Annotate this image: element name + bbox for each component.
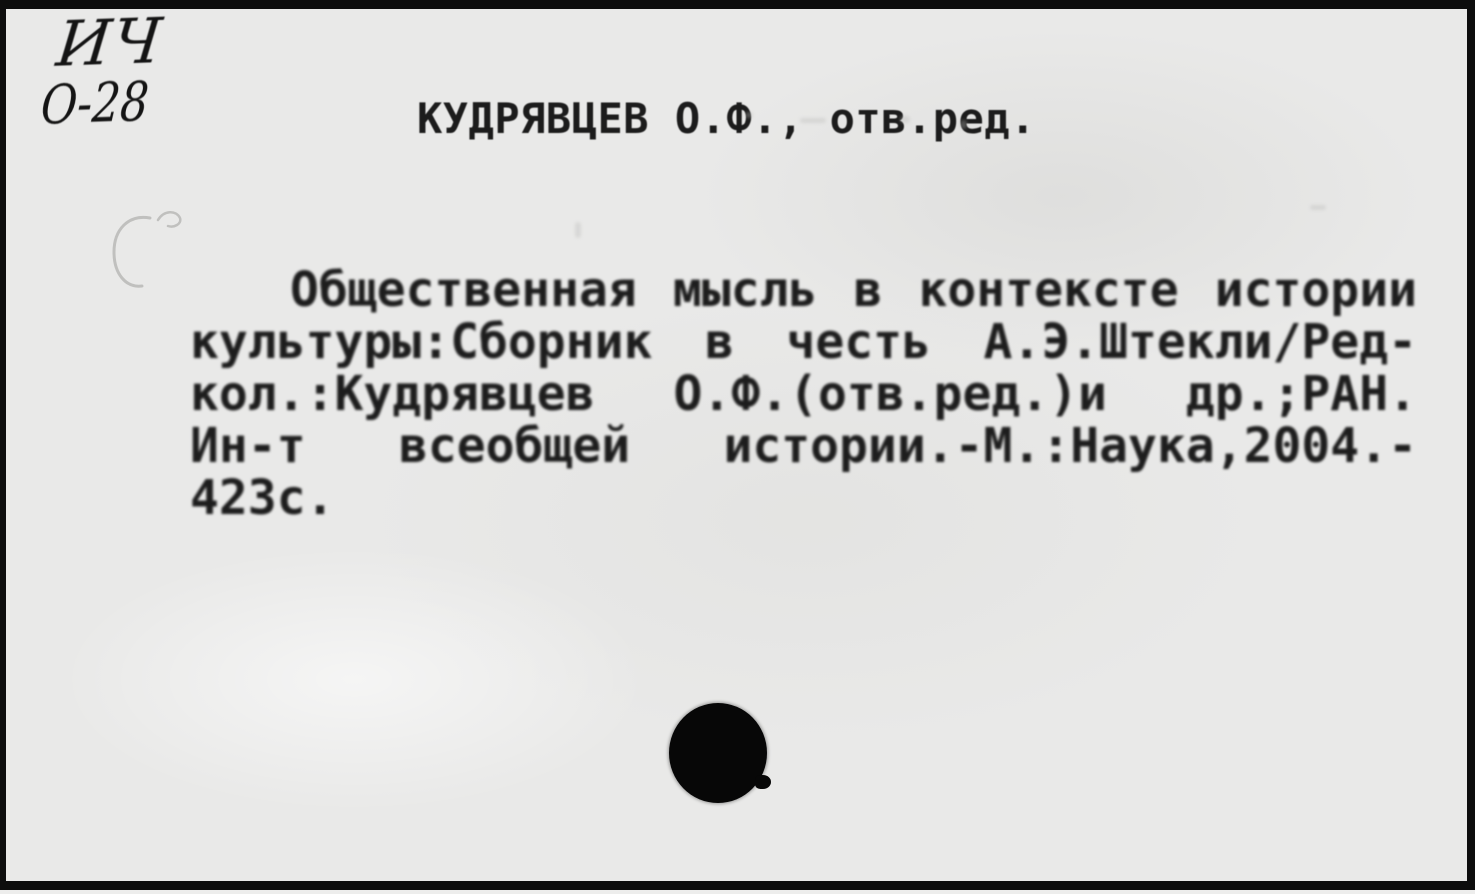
description-line: 423с.: [190, 472, 1417, 524]
scan-smudge: [575, 222, 581, 238]
call-number: ИЧ О-28: [38, 10, 173, 135]
card-edge-top: [0, 0, 1475, 9]
punch-hole: [669, 703, 767, 803]
call-mark-bottom: О-28: [39, 72, 151, 134]
description-line: кол.:Кудрявцев О.Ф.(отв.ред.)и др.;РАН.: [190, 368, 1417, 420]
description-line: Ин-т всеобщей истории.-М.:Наука,2004.-: [190, 420, 1417, 472]
description-line: культуры:Сборник в честь А.Э.Штекли/Ред-: [190, 316, 1417, 368]
scan-smudge: [800, 118, 826, 123]
scan-smudge: [1310, 205, 1326, 210]
scan-smudge: [960, 120, 967, 129]
library-catalog-card: ИЧ О-28 КУДРЯВЦЕВ О.Ф., отв.ред. Обществ…: [0, 0, 1475, 894]
card-edge-under-strip: [0, 890, 1475, 894]
scan-smudge: [745, 112, 753, 118]
scan-smudge: [900, 116, 910, 123]
card-edge-left: [0, 0, 6, 894]
call-mark-top: ИЧ: [54, 10, 174, 76]
bibliographic-description: Общественная мысль в контексте истории к…: [190, 264, 1417, 524]
card-edge-right: [1467, 0, 1475, 894]
card-edge-bottom: [0, 881, 1475, 890]
author-heading: КУДРЯВЦЕВ О.Ф., отв.ред.: [417, 96, 1036, 142]
description-line: Общественная мысль в контексте истории: [190, 264, 1417, 316]
